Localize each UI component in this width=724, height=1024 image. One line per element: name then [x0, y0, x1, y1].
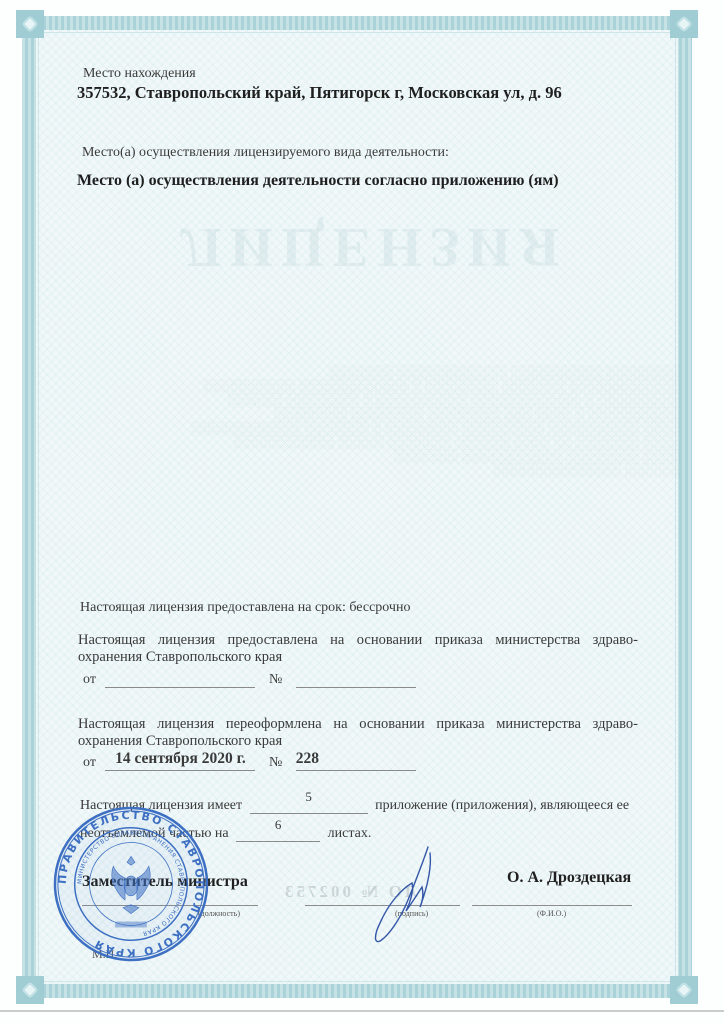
reissued-order-row: от 14 сентября 2020 г. № 228 [83, 752, 416, 771]
activity-places-label: Место(а) осуществления лицензируемого ви… [82, 145, 449, 161]
official-seal: ПРАВИТЕЛЬСТВО СТАВРОПОЛЬСКОГО КРАЯ МИНИС… [52, 805, 210, 963]
corner-ornament-icon [16, 976, 44, 1004]
signature-mark [370, 845, 450, 945]
page-edge [0, 1010, 724, 1012]
location-label: Место нахождения [83, 66, 196, 82]
corner-ornament-icon [670, 10, 698, 38]
bleed-through-text: ░░░░░░░░ ░░░░░░░░░░ ░░░░░░░░░░░░ ░░░░░░░… [120, 365, 680, 477]
corner-ornament-icon [670, 976, 698, 1004]
activity-places-value: Место (а) осуществления деятельности сог… [77, 172, 559, 190]
granted-date-field [105, 673, 255, 688]
reissued-number-field: 228 [296, 752, 416, 771]
appendix-sheets-field: 6 [236, 823, 320, 842]
name-line [472, 905, 632, 906]
bleed-through-title: ЛИЦЕНЗИЯ [180, 215, 567, 279]
location-value: 357532, Ставропольский край, Пятигорск г… [77, 83, 562, 103]
granted-basis: Настоящая лицензия предоставлена на осно… [78, 632, 638, 666]
reissued-basis: Настоящая лицензия переоформлена на осно… [78, 716, 638, 750]
granted-order-row: от № [83, 672, 416, 688]
license-sheet: ЛИЦЕНЗИЯ ░░░░░░░░ ░░░░░░░░░░ ░░░░░░░░░░░… [0, 0, 724, 1024]
license-term: Настоящая лицензия предоставлена на срок… [80, 600, 410, 616]
appendix-count-field: 5 [250, 795, 368, 814]
granted-number-field [296, 673, 416, 688]
reissued-date-field: 14 сентября 2020 г. [105, 752, 255, 771]
corner-ornament-icon [16, 10, 44, 38]
name-caption: (Ф.И.О.) [537, 909, 566, 918]
signatory-name: О. А. Дроздецкая [507, 869, 631, 887]
